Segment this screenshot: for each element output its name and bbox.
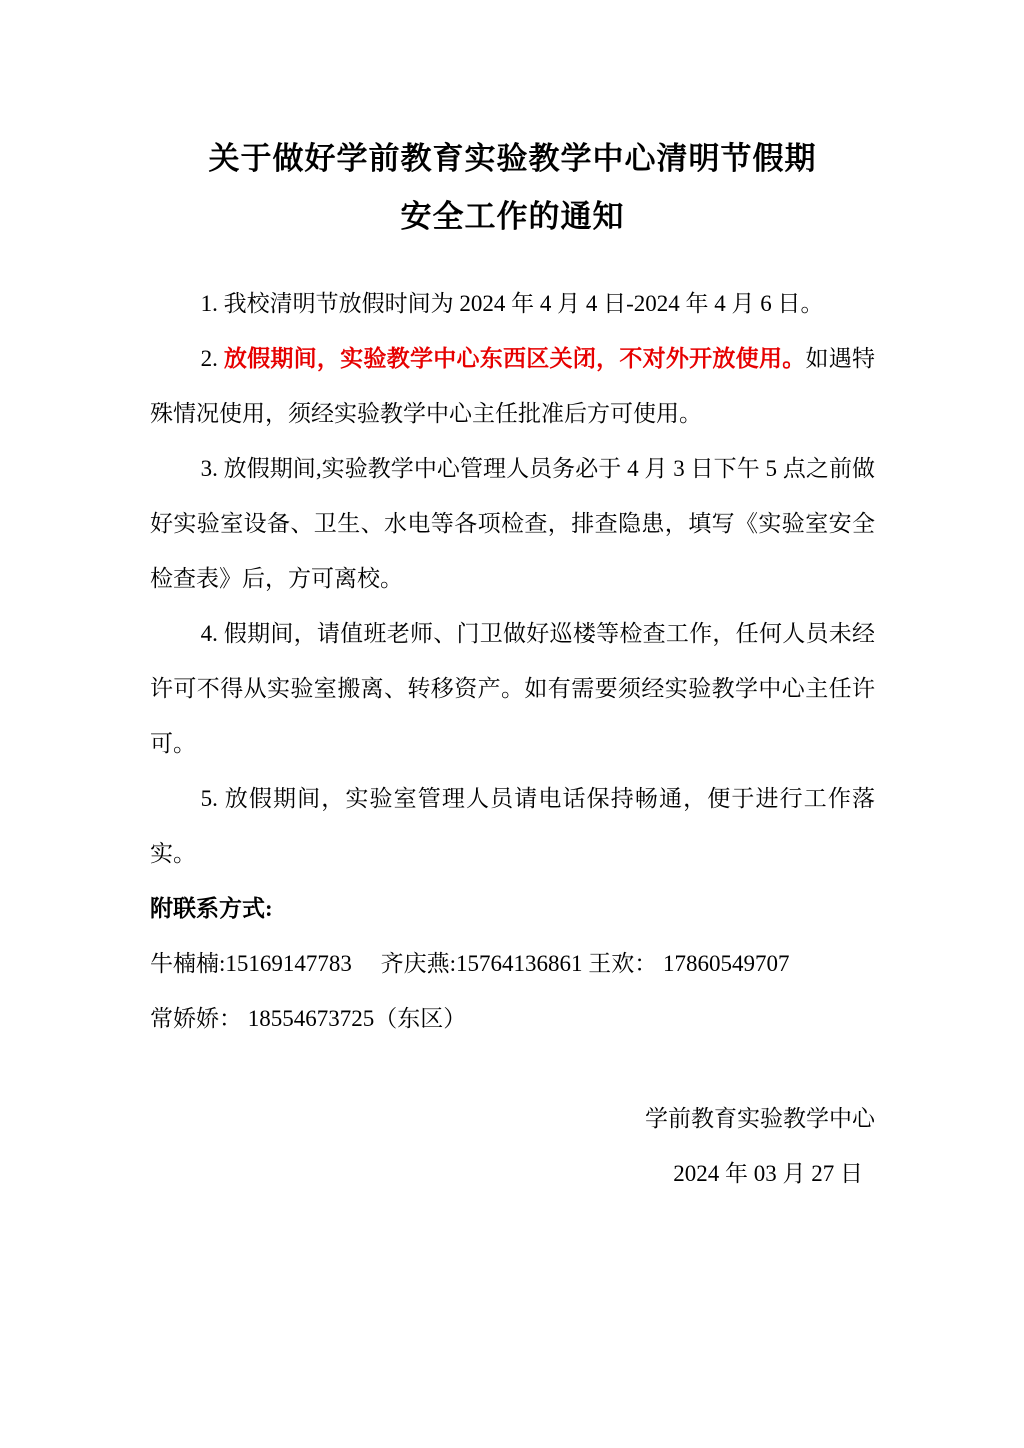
signature: 学前教育实验教学中心 <box>150 1091 875 1146</box>
paragraph-3: 3. 放假期间,实验教学中心管理人员务必于 4 月 3 日下午 5 点之前做好实… <box>150 441 875 606</box>
contact-line-2: 常娇娇： 18554673725（东区） <box>150 991 875 1046</box>
document-footer: 学前教育实验教学中心 2024 年 03 月 27 日 <box>150 1091 875 1201</box>
paragraph-2-red-emphasis: 放假期间，实验教学中心东西区关闭，不对外开放使用。 <box>224 346 806 371</box>
title-line-2: 安全工作的通知 <box>150 188 875 246</box>
paragraph-5: 5. 放假期间，实验室管理人员请电话保持畅通，便于进行工作落实。 <box>150 771 875 881</box>
contact-heading: 附联系方式: <box>150 881 875 936</box>
paragraph-2-number: 2. <box>201 346 224 371</box>
title-line-1: 关于做好学前教育实验教学中心清明节假期 <box>150 130 875 188</box>
paragraph-4: 4. 假期间，请值班老师、门卫做好巡楼等检查工作，任何人员未经许可不得从实验室搬… <box>150 606 875 771</box>
document-body: 1. 我校清明节放假时间为 2024 年 4 月 4 日-2024 年 4 月 … <box>150 276 875 1046</box>
document-content: 关于做好学前教育实验教学中心清明节假期 安全工作的通知 1. 我校清明节放假时间… <box>0 0 1024 1201</box>
contact-line-1: 牛楠楠:15169147783 齐庆燕:15764136861 王欢： 1786… <box>150 936 875 991</box>
notice-document-page: 关于做好学前教育实验教学中心清明节假期 安全工作的通知 1. 我校清明节放假时间… <box>0 0 1024 1448</box>
paragraph-1: 1. 我校清明节放假时间为 2024 年 4 月 4 日-2024 年 4 月 … <box>150 276 875 331</box>
paragraph-2: 2. 放假期间，实验教学中心东西区关闭，不对外开放使用。如遇特殊情况使用，须经实… <box>150 331 875 441</box>
document-title: 关于做好学前教育实验教学中心清明节假期 安全工作的通知 <box>150 130 875 246</box>
date: 2024 年 03 月 27 日 <box>150 1146 875 1201</box>
